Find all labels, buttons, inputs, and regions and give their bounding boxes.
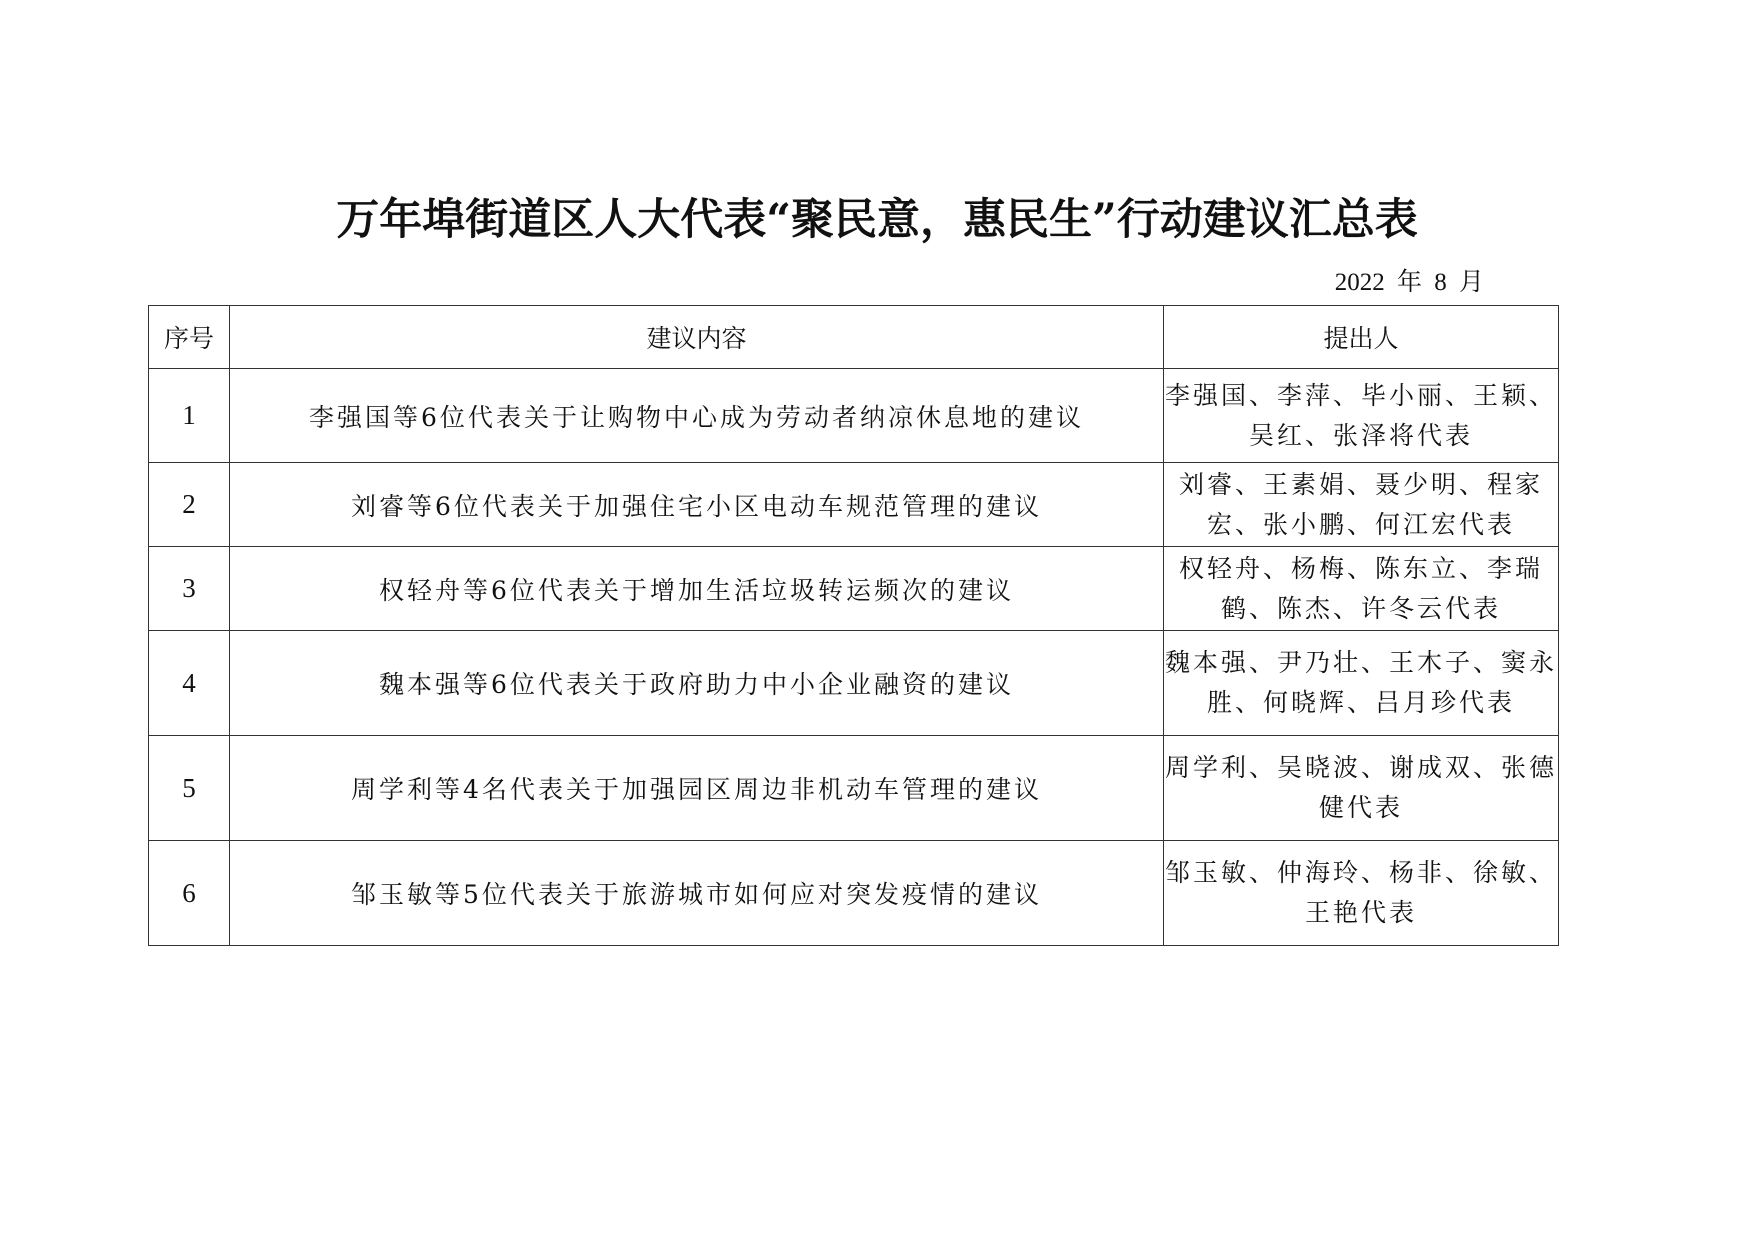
table-row: 2 刘睿等6位代表关于加强住宅小区电动车规范管理的建议 刘睿、王素娟、聂少明、程… (149, 463, 1559, 547)
header-proposers: 提出人 (1164, 306, 1559, 369)
row-number: 6 (149, 841, 230, 946)
suggestion-content: 魏本强等6位代表关于政府助力中小企业融资的建议 (230, 631, 1164, 736)
proposers: 邹玉敏、仲海玲、杨非、徐敏、王艳代表 (1164, 841, 1559, 946)
row-number: 5 (149, 736, 230, 841)
suggestion-summary-table: 序号 建议内容 提出人 1 李强国等6位代表关于让购物中心成为劳动者纳凉休息地的… (148, 305, 1559, 946)
table-header-row: 序号 建议内容 提出人 (149, 306, 1559, 369)
header-serial-number: 序号 (149, 306, 230, 369)
row-number: 1 (149, 369, 230, 463)
proposers: 刘睿、王素娟、聂少明、程家宏、张小鹏、何江宏代表 (1164, 463, 1559, 547)
table-row: 5 周学利等4名代表关于加强园区周边非机动车管理的建议 周学利、吴晓波、谢成双、… (149, 736, 1559, 841)
table-row: 4 魏本强等6位代表关于政府助力中小企业融资的建议 魏本强、尹乃壮、王木子、窦永… (149, 631, 1559, 736)
row-number: 2 (149, 463, 230, 547)
table-row: 6 邹玉敏等5位代表关于旅游城市如何应对突发疫情的建议 邹玉敏、仲海玲、杨非、徐… (149, 841, 1559, 946)
suggestion-content: 权轻舟等6位代表关于增加生活垃圾转运频次的建议 (230, 547, 1164, 631)
table-row: 3 权轻舟等6位代表关于增加生活垃圾转运频次的建议 权轻舟、杨梅、陈东立、李瑞鹤… (149, 547, 1559, 631)
suggestion-content: 李强国等6位代表关于让购物中心成为劳动者纳凉休息地的建议 (230, 369, 1164, 463)
suggestion-content: 邹玉敏等5位代表关于旅游城市如何应对突发疫情的建议 (230, 841, 1164, 946)
document-date: 2022 年 8 月 (1335, 268, 1484, 298)
suggestion-content: 刘睿等6位代表关于加强住宅小区电动车规范管理的建议 (230, 463, 1164, 547)
row-number: 4 (149, 631, 230, 736)
proposers: 李强国、李萍、毕小丽、王颖、吴红、张泽将代表 (1164, 369, 1559, 463)
proposers: 魏本强、尹乃壮、王木子、窦永胜、何晓辉、吕月珍代表 (1164, 631, 1559, 736)
table-row: 1 李强国等6位代表关于让购物中心成为劳动者纳凉休息地的建议 李强国、李萍、毕小… (149, 369, 1559, 463)
row-number: 3 (149, 547, 230, 631)
proposers: 周学利、吴晓波、谢成双、张德健代表 (1164, 736, 1559, 841)
suggestion-content: 周学利等4名代表关于加强园区周边非机动车管理的建议 (230, 736, 1164, 841)
header-suggestion-content: 建议内容 (230, 306, 1164, 369)
proposers: 权轻舟、杨梅、陈东立、李瑞鹤、陈杰、许冬云代表 (1164, 547, 1559, 631)
document-title: 万年埠街道区人大代表“聚民意，惠民生”行动建议汇总表 (0, 190, 1754, 250)
